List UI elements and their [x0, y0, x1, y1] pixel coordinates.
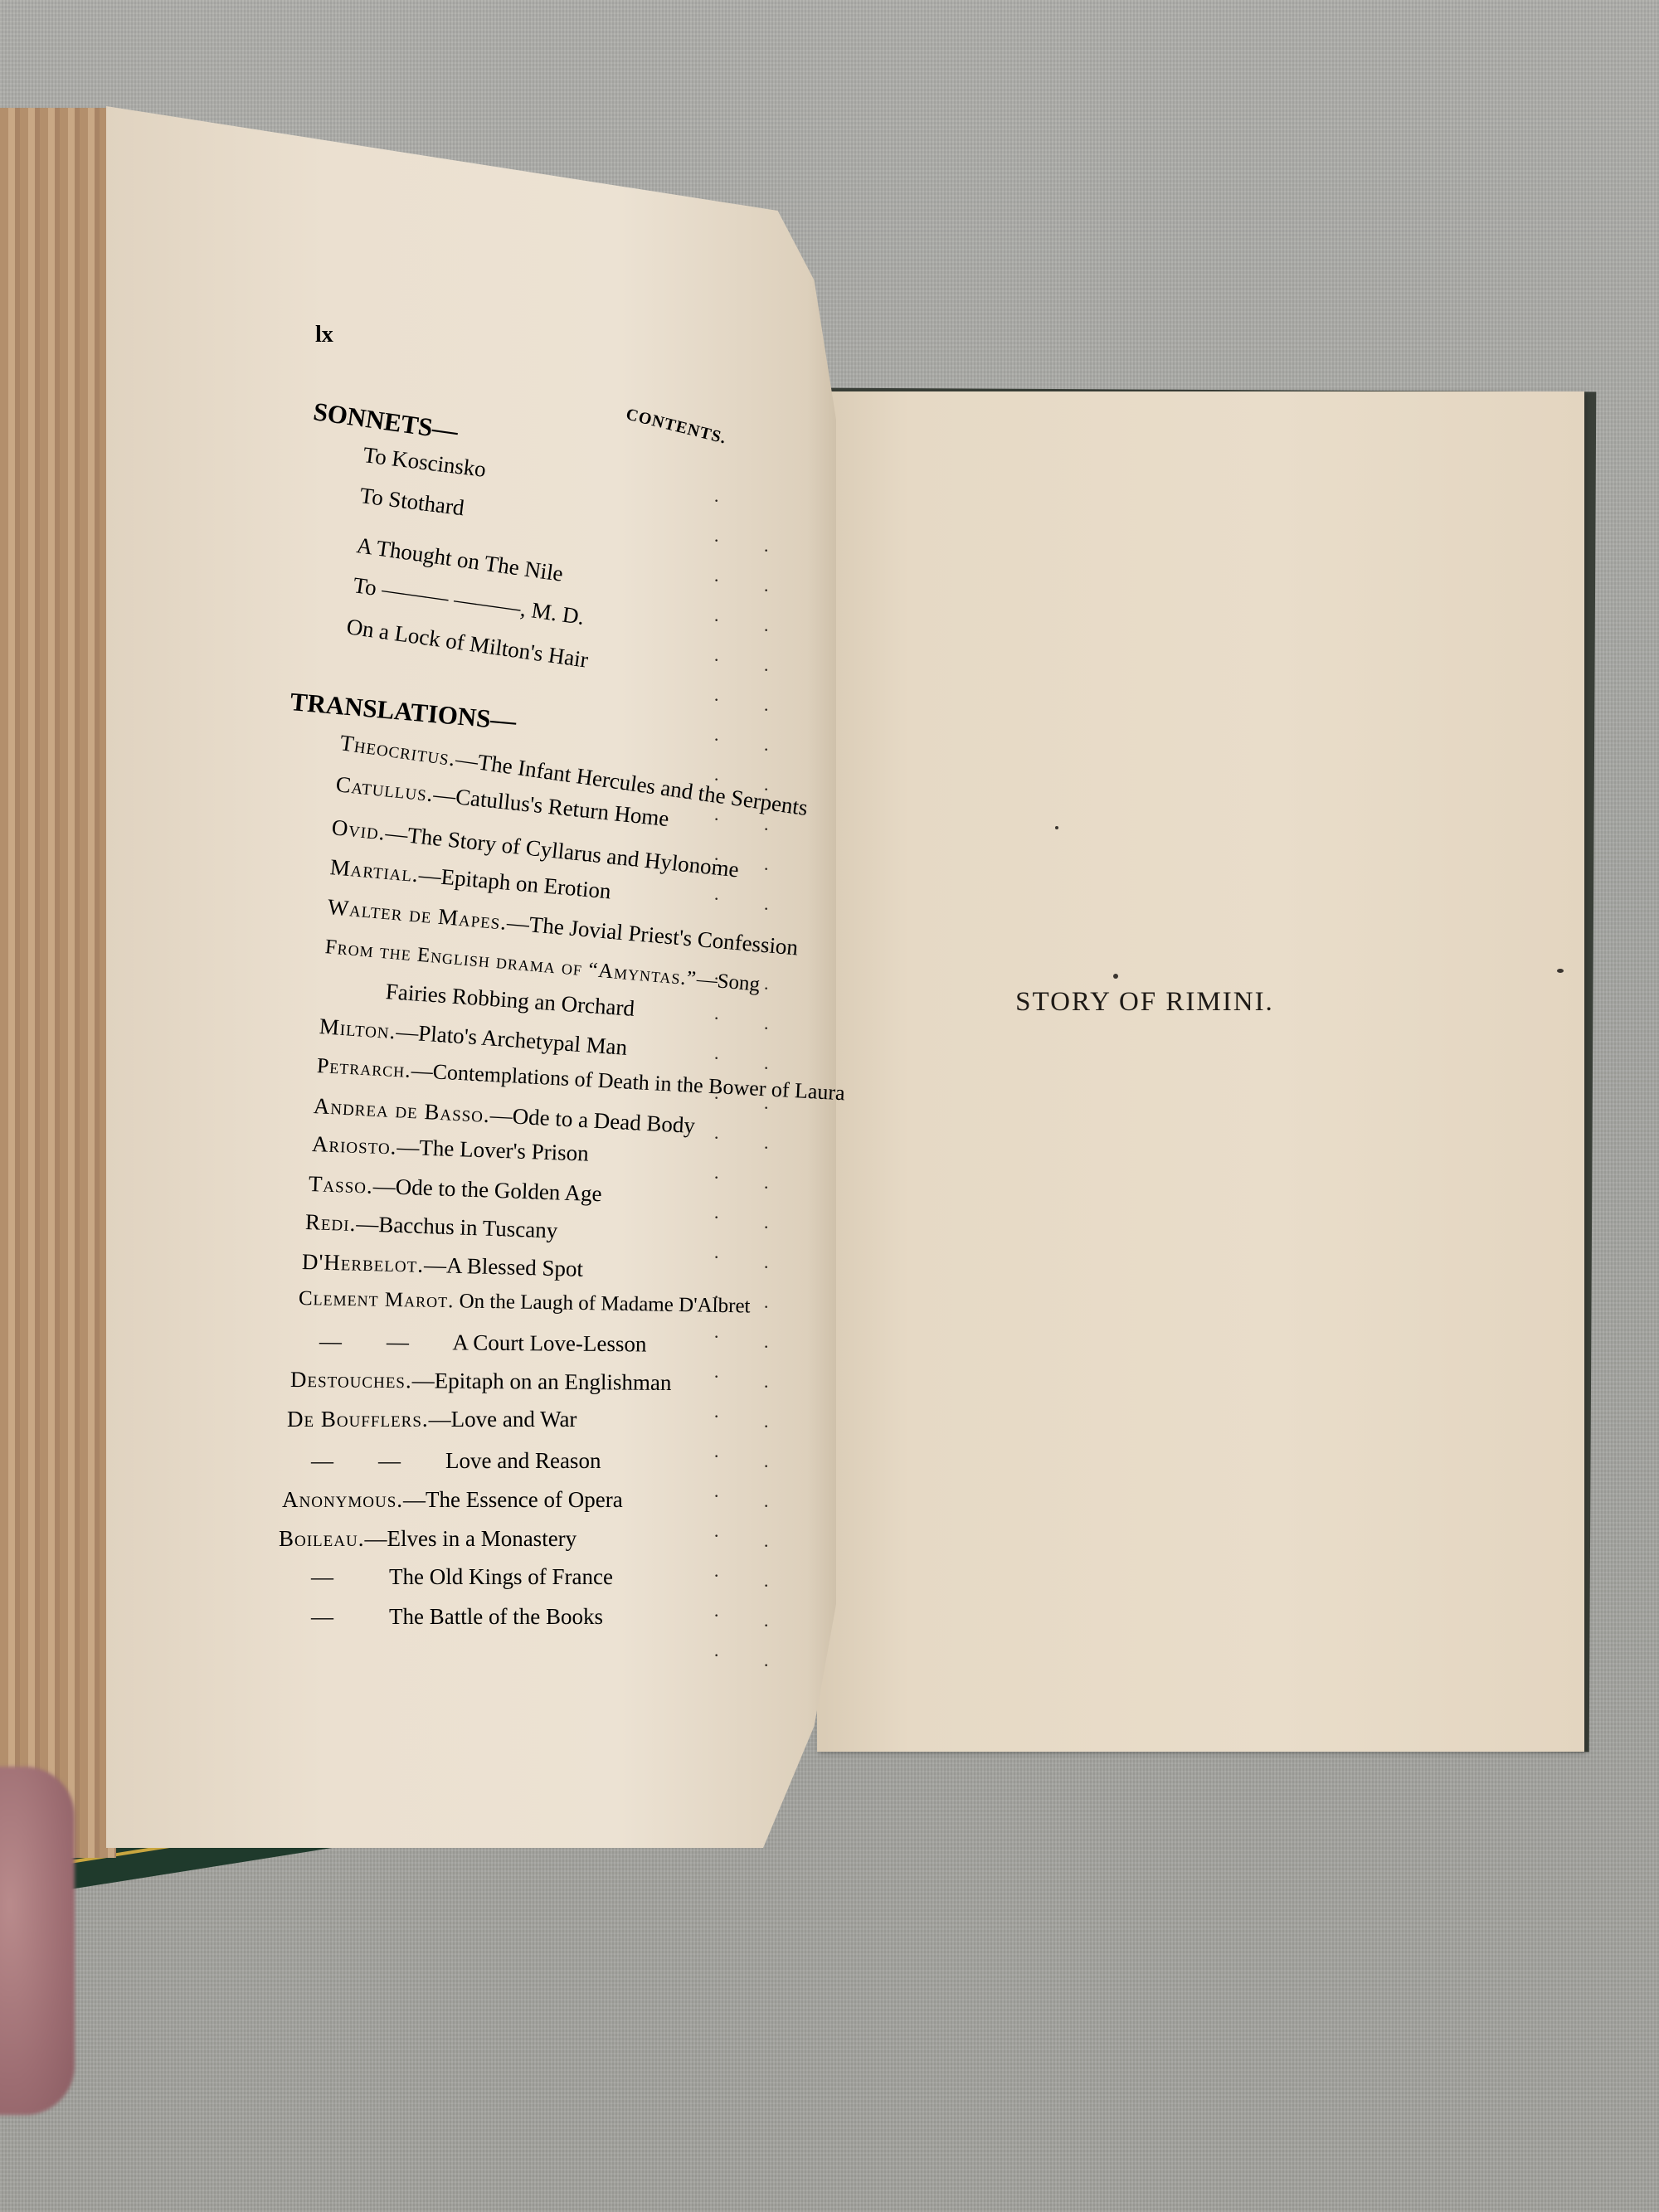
toc-entry: De Boufflers.—Love and War: [287, 1407, 577, 1432]
toc-author: —: [311, 1564, 333, 1589]
toc-title: —Elves in a Monastery: [364, 1526, 577, 1551]
toc-title: —Song: [696, 968, 761, 996]
toc-author: —: [311, 1604, 333, 1629]
toc-author: Destouches.: [290, 1367, 412, 1393]
toc-author: Milton.: [319, 1014, 397, 1043]
toc-author: Boileau.: [279, 1526, 364, 1551]
toc-entry: — — Love and Reason: [311, 1448, 601, 1474]
toc-author: Redi.: [304, 1209, 356, 1236]
leader-dots: ······························: [713, 481, 719, 1675]
toc-author: — —: [319, 1329, 409, 1354]
toc-author: Anonymous.: [282, 1487, 403, 1512]
toc-author: D'Herbelot.: [302, 1249, 425, 1277]
toc-author: Ariosto.: [311, 1131, 397, 1159]
toc-title: —A Blessed Spot: [424, 1252, 584, 1281]
toc-title: On the Laugh of Madame D'Albret: [459, 1290, 750, 1317]
toc-entry: — The Old Kings of France: [311, 1564, 613, 1590]
page-edges: [0, 108, 116, 1858]
toc-entry: Anonymous.—The Essence of Opera: [282, 1487, 623, 1513]
toc-title: A Court Love-Lesson: [452, 1330, 646, 1356]
toc-title: The Old Kings of France: [389, 1564, 613, 1589]
toc-title: —The Essence of Opera: [403, 1487, 623, 1512]
page-number: lx: [315, 322, 333, 348]
toc-author: Ovid.: [330, 814, 387, 845]
right-page: [817, 391, 1584, 1752]
paper-speck: [1055, 826, 1058, 829]
toc-author: — —: [311, 1448, 401, 1473]
toc-entry: — — A Court Love-Lesson: [319, 1329, 647, 1357]
toc-entry: Boileau.—Elves in a Monastery: [279, 1526, 577, 1552]
toc-title: The Battle of the Books: [389, 1604, 603, 1629]
toc-entry: Destouches.—Epitaph on an Englishman: [290, 1367, 672, 1396]
toc-title: —Love and War: [429, 1407, 577, 1432]
paper-speck: [1113, 974, 1118, 979]
half-title: STORY OF RIMINI.: [979, 987, 1311, 1018]
toc-author: De Boufflers.: [287, 1407, 429, 1432]
toc-author: Petrarch.: [316, 1053, 411, 1082]
leader-dots: ·····························: [763, 531, 769, 1685]
toc-author: Clement Marot.: [299, 1287, 455, 1312]
toc-author: Tasso.: [308, 1171, 373, 1198]
thumb: [0, 1767, 75, 2115]
toc-title: Love and Reason: [445, 1448, 601, 1473]
toc-entry: — The Battle of the Books: [311, 1604, 603, 1630]
paper-speck: [1557, 969, 1564, 973]
toc-title: —Epitaph on an Englishman: [412, 1368, 672, 1395]
